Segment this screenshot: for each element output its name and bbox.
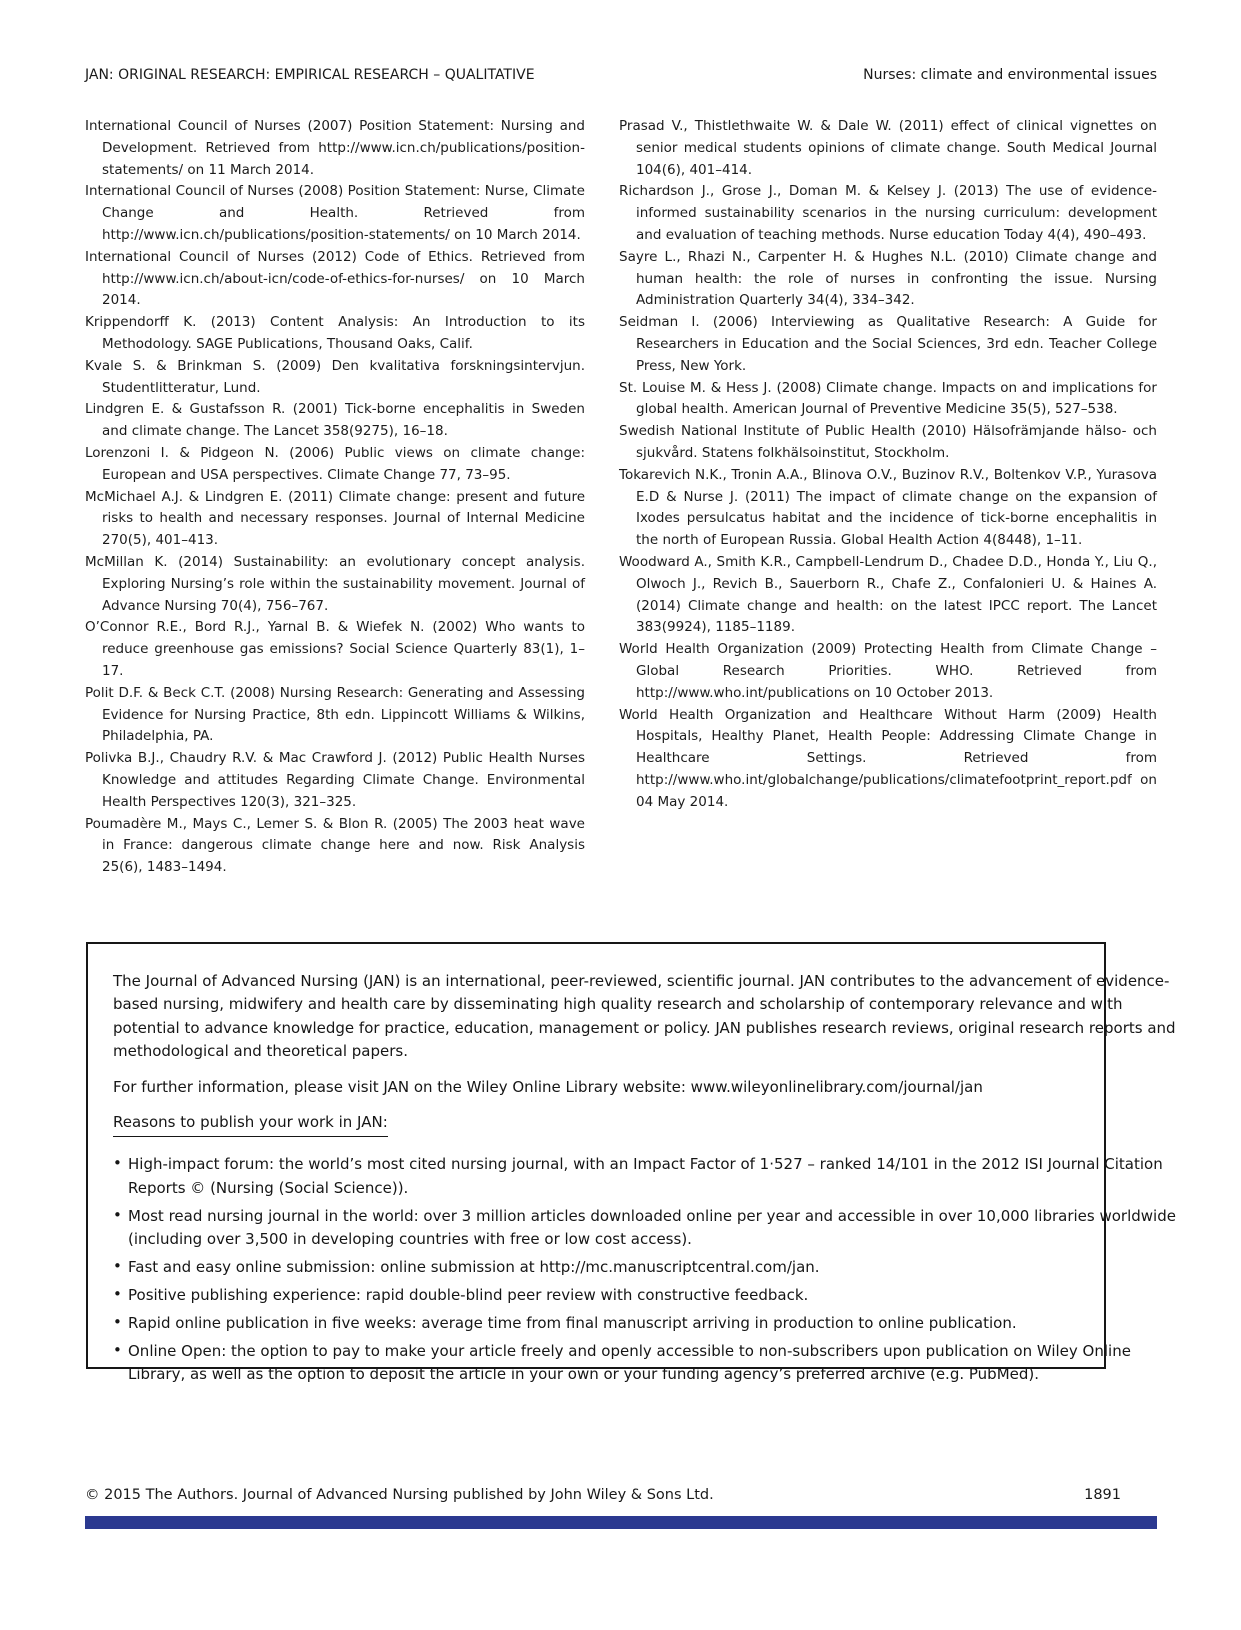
reference-entry: Sayre L., Rhazi N., Carpenter H. & Hughe…: [619, 247, 1157, 312]
reason-bullet-item: Positive publishing experience: rapid do…: [113, 1284, 1179, 1307]
reference-entry: International Council of Nurses (2008) P…: [85, 181, 585, 246]
reason-bullet-item: Most read nursing journal in the world: …: [113, 1205, 1179, 1252]
journal-page: JAN: ORIGINAL RESEARCH: EMPIRICAL RESEAR…: [0, 0, 1241, 1630]
jan-about-paragraph: The Journal of Advanced Nursing (JAN) is…: [113, 970, 1179, 1064]
reference-entry: Polivka B.J., Chaudry R.V. & Mac Crawfor…: [85, 748, 585, 813]
reference-entry: McMillan K. (2014) Sustainability: an ev…: [85, 552, 585, 617]
reference-entry: Tokarevich N.K., Tronin A.A., Blinova O.…: [619, 465, 1157, 552]
reasons-heading-wrap: Reasons to publish your work in JAN:: [113, 1111, 1179, 1137]
reference-entry: International Council of Nurses (2007) P…: [85, 116, 585, 181]
jan-further-info: For further information, please visit JA…: [113, 1076, 1179, 1099]
copyright-notice: © 2015 The Authors. Journal of Advanced …: [85, 1487, 714, 1503]
reference-entry: Woodward A., Smith K.R., Campbell-Lendru…: [619, 552, 1157, 639]
reference-entry: International Council of Nurses (2012) C…: [85, 247, 585, 312]
bottom-accent-bar: [85, 1516, 1157, 1529]
page-number: 1891: [1084, 1487, 1157, 1503]
reason-bullet-item: Fast and easy online submission: online …: [113, 1256, 1179, 1279]
references-left-column: International Council of Nurses (2007) P…: [85, 116, 585, 879]
reasons-list: High-impact forum: the world’s most cite…: [113, 1153, 1179, 1386]
reason-bullet-item: High-impact forum: the world’s most cite…: [113, 1153, 1179, 1200]
reference-entry: World Health Organization and Healthcare…: [619, 705, 1157, 814]
page-footer: © 2015 The Authors. Journal of Advanced …: [85, 1487, 1157, 1503]
reference-entry: World Health Organization (2009) Protect…: [619, 639, 1157, 704]
running-head-left: JAN: ORIGINAL RESEARCH: EMPIRICAL RESEAR…: [85, 66, 535, 84]
reference-entry: Seidman I. (2006) Interviewing as Qualit…: [619, 312, 1157, 377]
reference-entry: Lorenzoni I. & Pidgeon N. (2006) Public …: [85, 443, 585, 487]
running-head-right: Nurses: climate and environmental issues: [863, 66, 1157, 84]
reference-entry: Lindgren E. & Gustafsson R. (2001) Tick-…: [85, 399, 585, 443]
reference-entry: McMichael A.J. & Lindgren E. (2011) Clim…: [85, 487, 585, 552]
reasons-heading: Reasons to publish your work in JAN:: [113, 1111, 388, 1137]
reference-entry: Kvale S. & Brinkman S. (2009) Den kvalit…: [85, 356, 585, 400]
reference-entry: Richardson J., Grose J., Doman M. & Kels…: [619, 181, 1157, 246]
running-head: JAN: ORIGINAL RESEARCH: EMPIRICAL RESEAR…: [85, 66, 1157, 84]
reference-entry: Krippendorff K. (2013) Content Analysis:…: [85, 312, 585, 356]
reason-bullet-item: Rapid online publication in five weeks: …: [113, 1312, 1179, 1335]
jan-info-box-content: The Journal of Advanced Nursing (JAN) is…: [113, 970, 1179, 1391]
reference-entry: Prasad V., Thistlethwaite W. & Dale W. (…: [619, 116, 1157, 181]
reason-bullet-item: Online Open: the option to pay to make y…: [113, 1340, 1179, 1387]
reference-entry: Swedish National Institute of Public Hea…: [619, 421, 1157, 465]
references-right-column: Prasad V., Thistlethwaite W. & Dale W. (…: [619, 116, 1157, 879]
references-section: International Council of Nurses (2007) P…: [85, 116, 1157, 879]
reference-entry: Poumadère M., Mays C., Lemer S. & Blon R…: [85, 814, 585, 879]
reference-entry: Polit D.F. & Beck C.T. (2008) Nursing Re…: [85, 683, 585, 748]
reference-entry: St. Louise M. & Hess J. (2008) Climate c…: [619, 378, 1157, 422]
reference-entry: O’Connor R.E., Bord R.J., Yarnal B. & Wi…: [85, 617, 585, 682]
jan-info-box: The Journal of Advanced Nursing (JAN) is…: [86, 942, 1106, 1369]
